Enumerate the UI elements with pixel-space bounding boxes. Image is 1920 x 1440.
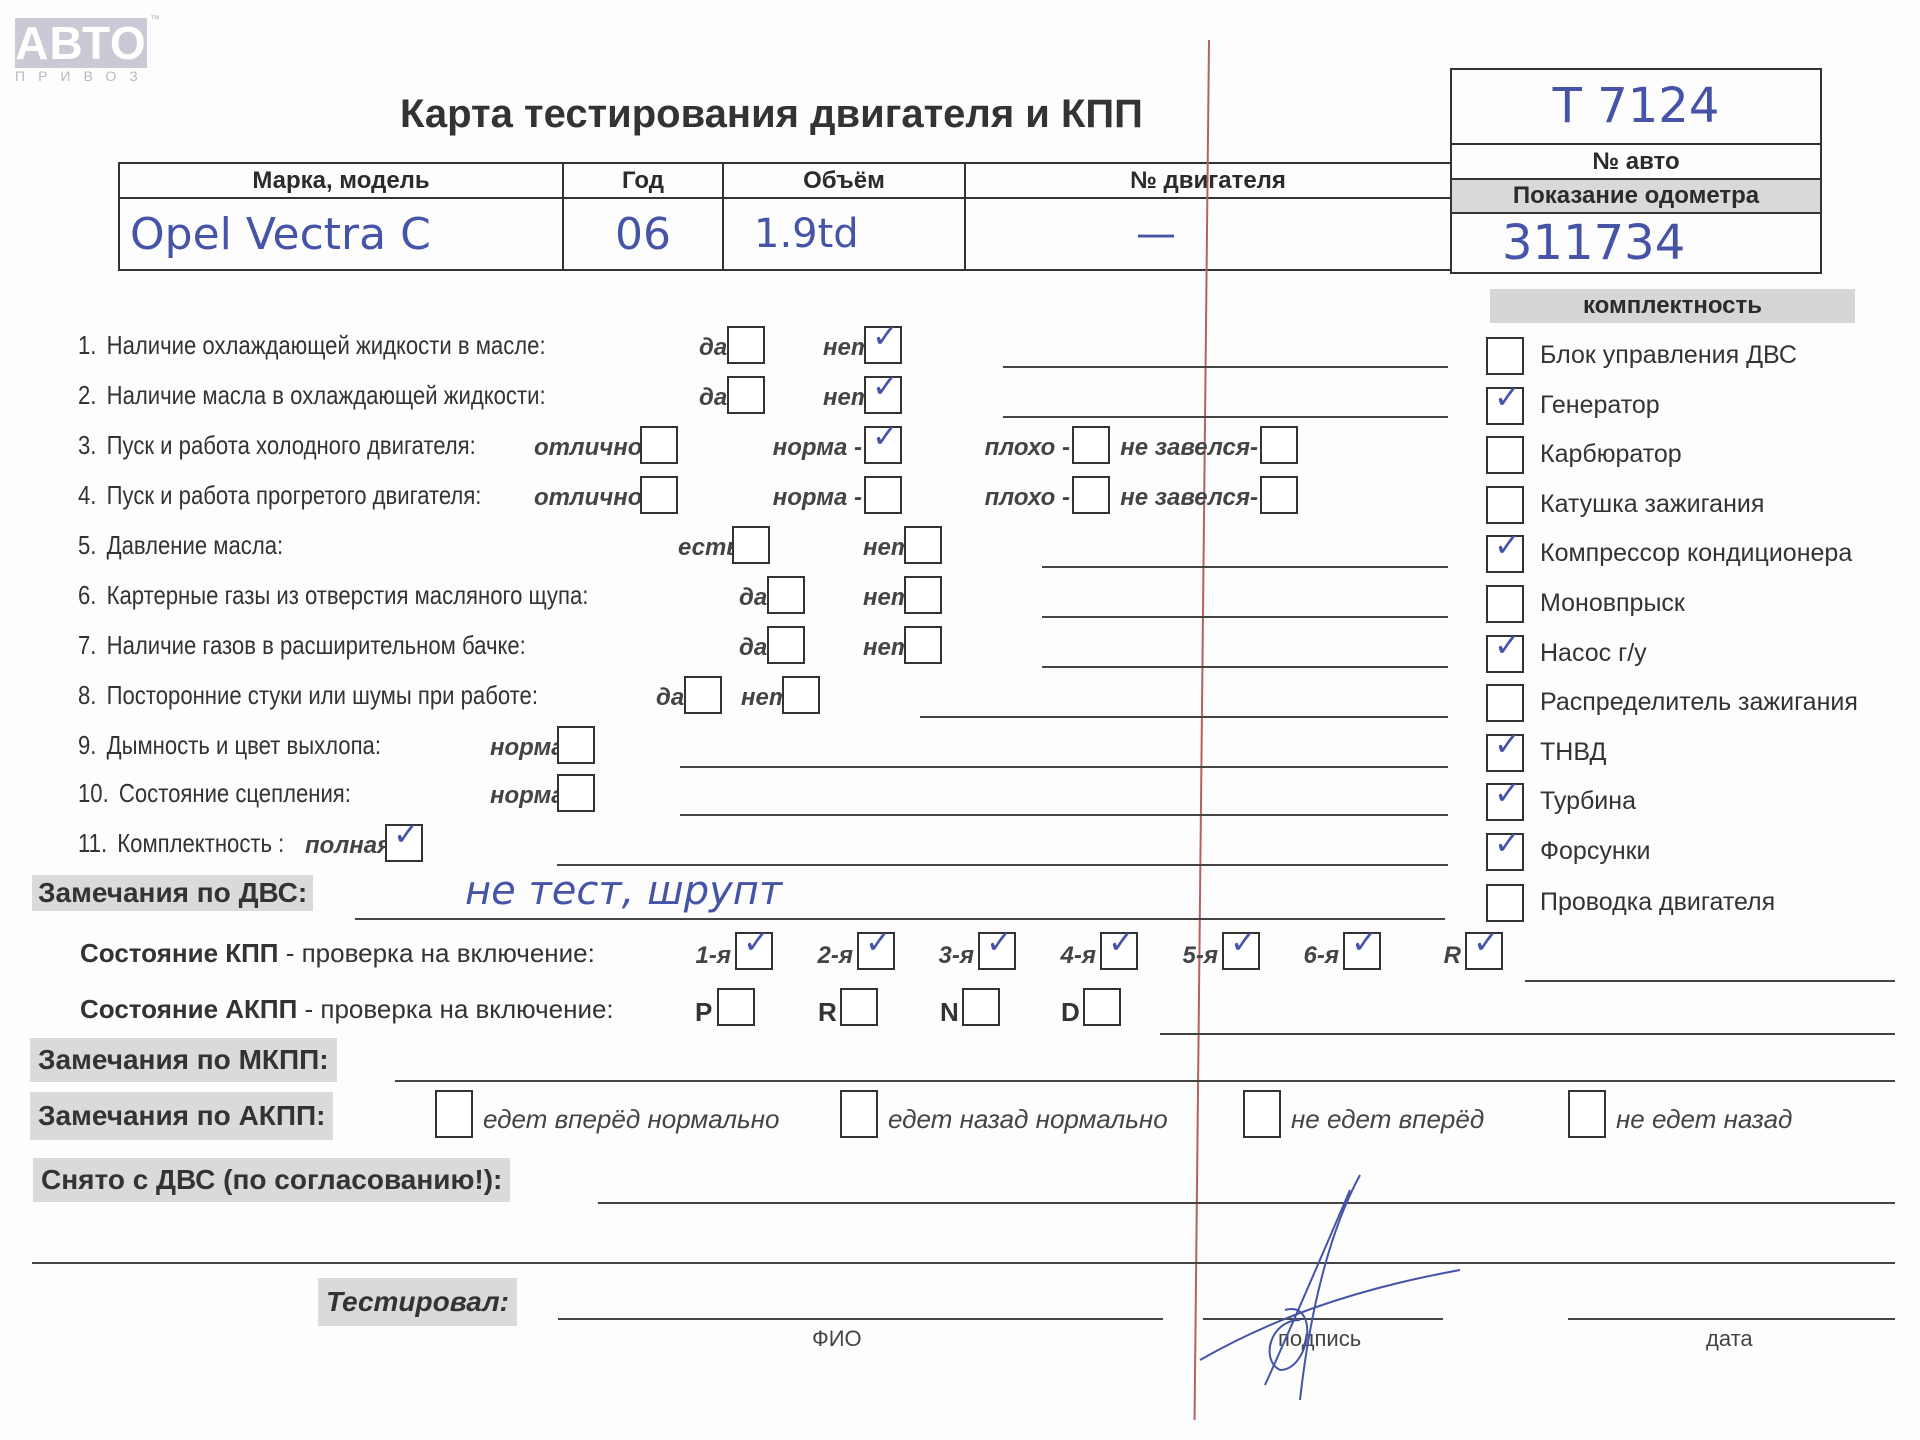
question-1: 1.Наличие охлаждающей жидкости в масле: <box>78 330 546 361</box>
checkbox-q6-2[interactable] <box>904 576 942 614</box>
manual-gearbox-label-bold: Состояние КПП <box>80 938 279 968</box>
option-label: норма <box>490 734 555 762</box>
fio-caption: ФИО <box>812 1326 862 1352</box>
gear-label: 5-я <box>1172 942 1218 970</box>
question-6: 6.Картерные газы из отверстия масляного … <box>78 580 588 611</box>
question-text: Дымность и цвет выхлопа: <box>107 730 381 760</box>
kit-header: комплектность <box>1490 289 1855 323</box>
option-label: не завелся- <box>1115 484 1258 512</box>
option-label: нет <box>863 584 902 612</box>
kit-checkbox-9[interactable]: ✓ <box>1486 734 1524 772</box>
akpp-checkbox-4[interactable] <box>1083 988 1121 1026</box>
akpp-remark-checkbox-3[interactable] <box>1243 1090 1281 1138</box>
checkbox-q8-2[interactable] <box>782 676 820 714</box>
gear-label: 3-я <box>928 942 974 970</box>
kit-item-label: Насос г/у <box>1540 639 1647 668</box>
notes-line[interactable] <box>1003 416 1448 418</box>
check-mark-icon: ✓ <box>1494 381 1521 413</box>
removed-label: Снято с ДВС (по согласованию!): <box>33 1158 510 1202</box>
question-text: Пуск и работа холодного двигателя: <box>107 430 476 460</box>
checkbox-q4-4[interactable] <box>1260 476 1298 514</box>
option-label: да <box>739 584 765 612</box>
akpp-remarks-label: Замечания по АКПП: <box>30 1092 333 1140</box>
kit-item-label: Турбина <box>1540 787 1636 816</box>
gear-label: 6-я <box>1293 942 1339 970</box>
odometer-label: Показание одометра <box>1452 180 1820 214</box>
checkbox-q4-3[interactable] <box>1072 476 1110 514</box>
question-number: 5. <box>78 530 96 560</box>
option-label: нет <box>863 534 902 562</box>
option-label: нет <box>741 684 780 712</box>
akpp-remark-label: не едет назад <box>1616 1104 1792 1135</box>
checkbox-q7-2[interactable] <box>904 626 942 664</box>
notes-line[interactable] <box>1003 366 1448 368</box>
akpp-checkbox-3[interactable] <box>962 988 1000 1026</box>
kit-checkbox-12[interactable] <box>1486 884 1524 922</box>
checkbox-q5-1[interactable] <box>732 526 770 564</box>
check-mark-icon: ✓ <box>865 926 892 958</box>
vehicle-table: Марка, модель Год Объём № двигателя Opel… <box>118 162 1452 271</box>
gear-checkbox-3[interactable]: ✓ <box>978 932 1016 970</box>
question-number: 8. <box>78 680 96 710</box>
gear-checkbox-4[interactable]: ✓ <box>1100 932 1138 970</box>
auto-gearbox-label-rest: - проверка на включение: <box>297 994 613 1024</box>
notes-line[interactable] <box>1042 616 1448 618</box>
question-8: 8.Посторонние стуки или шумы при работе: <box>78 680 538 711</box>
gear-checkbox-1[interactable]: ✓ <box>735 932 773 970</box>
check-mark-icon: ✓ <box>1494 777 1521 809</box>
check-mark-icon: ✓ <box>1351 926 1378 958</box>
logo-tm: ™ <box>150 14 160 25</box>
question-number: 7. <box>78 630 96 660</box>
question-number: 3. <box>78 430 96 460</box>
date-line[interactable] <box>1568 1318 1895 1320</box>
auto-gearbox-label-bold: Состояние АКПП <box>80 994 297 1024</box>
checkbox-q10-1[interactable] <box>557 774 595 812</box>
make-model-value[interactable]: Opel Vectra C <box>119 198 563 270</box>
kit-item-label: Карбюратор <box>1540 440 1682 469</box>
checkbox-q5-2[interactable] <box>904 526 942 564</box>
checkbox-q3-1[interactable] <box>640 426 678 464</box>
signature-icon <box>1190 1170 1470 1410</box>
question-text: Картерные газы из отверстия масляного щу… <box>107 580 589 610</box>
question-number: 2. <box>78 380 96 410</box>
kit-item-label: Моновпрыск <box>1540 589 1685 618</box>
gear-label: 4-я <box>1050 942 1096 970</box>
kit-item-label: Проводка двигателя <box>1540 888 1775 917</box>
auto-gearbox-label: Состояние АКПП - проверка на включение: <box>80 994 614 1025</box>
question-text: Комплектность : <box>117 828 284 858</box>
option-label: да <box>739 634 765 662</box>
logo-subtitle: ПРИВОЗ <box>15 68 151 84</box>
option-label: нет <box>863 634 902 662</box>
kit-item-label: Блок управления ДВС <box>1540 341 1797 370</box>
question-number: 9. <box>78 730 96 760</box>
engine-remarks-value[interactable]: не тест, шрупт <box>465 868 782 914</box>
date-caption: дата <box>1706 1326 1753 1352</box>
checkbox-q2-1[interactable] <box>727 376 765 414</box>
check-mark-icon: ✓ <box>393 818 420 850</box>
question-7: 7.Наличие газов в расширительном бачке: <box>78 630 526 661</box>
kit-item-label: Катушка зажигания <box>1540 490 1764 519</box>
akpp-remark-label: не едет вперёд <box>1291 1104 1484 1135</box>
check-mark-icon: ✓ <box>986 926 1013 958</box>
header-make-model: Марка, модель <box>119 163 563 198</box>
gear-checkbox-5[interactable]: ✓ <box>1222 932 1260 970</box>
question-number: 6. <box>78 580 96 610</box>
fio-line[interactable] <box>558 1318 1163 1320</box>
check-mark-icon: ✓ <box>1494 728 1521 760</box>
checkbox-q8-1[interactable] <box>684 676 722 714</box>
kit-item-label: ТНВД <box>1540 738 1606 767</box>
kit-checkbox-1[interactable] <box>1486 337 1524 375</box>
notes-line[interactable] <box>680 766 1448 768</box>
kit-checkbox-3[interactable] <box>1486 436 1524 474</box>
manual-gearbox-label-rest: - проверка на включение: <box>279 938 595 968</box>
check-mark-icon: ✓ <box>1108 926 1135 958</box>
option-label: отлично- <box>534 434 638 462</box>
question-number: 1. <box>78 330 96 360</box>
akpp-remark-checkbox-4[interactable] <box>1568 1090 1606 1138</box>
check-mark-icon: ✓ <box>872 320 899 352</box>
notes-line[interactable] <box>1042 666 1448 668</box>
kit-checkbox-10[interactable]: ✓ <box>1486 783 1524 821</box>
gear-checkbox-2[interactable]: ✓ <box>857 932 895 970</box>
question-4: 4.Пуск и работа прогретого двигателя: <box>78 480 481 511</box>
notes-line[interactable] <box>1042 566 1448 568</box>
kit-item-label: Форсунки <box>1540 837 1651 866</box>
checkbox-q2-2[interactable]: ✓ <box>864 376 902 414</box>
gear-checkbox-6[interactable]: ✓ <box>1343 932 1381 970</box>
mkpp-remarks-line[interactable] <box>395 1080 1895 1082</box>
checkbox-q1-1[interactable] <box>727 326 765 364</box>
check-mark-icon: ✓ <box>1494 827 1521 859</box>
option-label: норма - <box>771 484 862 512</box>
check-mark-icon: ✓ <box>1473 926 1500 958</box>
kit-checkbox-2[interactable]: ✓ <box>1486 387 1524 425</box>
manual-gearbox-label: Состояние КПП - проверка на включение: <box>80 938 595 969</box>
checkbox-q3-2[interactable]: ✓ <box>864 426 902 464</box>
notes-line[interactable] <box>557 864 1448 866</box>
option-label: нет <box>823 334 862 362</box>
gear-label: 1-я <box>685 942 731 970</box>
checkbox-q6-1[interactable] <box>767 576 805 614</box>
auto-number-value[interactable]: T 7124 <box>1452 70 1820 145</box>
kit-item-label: Распределитель зажигания <box>1540 688 1858 717</box>
header-year: Год <box>563 163 723 198</box>
kit-item-label: Генератор <box>1540 391 1660 420</box>
logo: АВТО <box>15 18 147 68</box>
question-text: Наличие охлаждающей жидкости в масле: <box>107 330 546 360</box>
question-text: Наличие масла в охлаждающей жидкости: <box>107 380 546 410</box>
gear-label: 2-я <box>807 942 853 970</box>
question-number: 4. <box>78 480 96 510</box>
option-label: не завелся- <box>1115 434 1258 462</box>
question-2: 2.Наличие масла в охлаждающей жидкости: <box>78 380 546 411</box>
gear-checkbox-7[interactable]: ✓ <box>1465 932 1503 970</box>
kit-item-label: Компрессор кондиционера <box>1540 539 1852 568</box>
mkpp-remarks-label: Замечания по МКПП: <box>30 1038 337 1082</box>
engine-remarks-label: Замечания по ДВС: <box>32 875 313 911</box>
akpp-position-label: D <box>1061 997 1080 1028</box>
question-text: Давление масла: <box>107 530 284 560</box>
option-label: да <box>699 334 725 362</box>
gear-label: R <box>1415 942 1461 970</box>
checkbox-q7-1[interactable] <box>767 626 805 664</box>
check-mark-icon: ✓ <box>1230 926 1257 958</box>
akpp-position-label: R <box>818 997 837 1028</box>
question-10: 10.Состояние сцепления: <box>78 778 351 809</box>
akpp-position-label: N <box>940 997 959 1028</box>
akpp-checkbox-2[interactable] <box>840 988 878 1026</box>
auto-number-label: № авто <box>1452 145 1820 180</box>
akpp-remark-checkbox-1[interactable] <box>435 1090 473 1138</box>
kit-checkbox-11[interactable]: ✓ <box>1486 833 1524 871</box>
option-label: да <box>656 684 682 712</box>
checkbox-q3-3[interactable] <box>1072 426 1110 464</box>
checkbox-q11-1[interactable]: ✓ <box>385 824 423 862</box>
question-3: 3.Пуск и работа холодного двигателя: <box>78 430 476 461</box>
auto-box: T 7124 № авто Показание одометра 311734 <box>1450 68 1822 274</box>
kit-checkbox-8[interactable] <box>1486 684 1524 722</box>
option-label: норма - <box>771 434 862 462</box>
akpp-line <box>1160 1033 1895 1035</box>
akpp-position-label: P <box>695 997 712 1028</box>
kit-checkbox-4[interactable] <box>1486 486 1524 524</box>
akpp-remark-label: едет вперёд нормально <box>483 1104 779 1135</box>
checkbox-q1-2[interactable]: ✓ <box>864 326 902 364</box>
option-label: да <box>699 384 725 412</box>
year-value[interactable]: 06 <box>563 198 723 270</box>
check-mark-icon: ✓ <box>872 420 899 452</box>
notes-line[interactable] <box>680 814 1448 816</box>
check-mark-icon: ✓ <box>1494 529 1521 561</box>
header-volume: Объём <box>723 163 965 198</box>
question-9: 9.Дымность и цвет выхлопа: <box>78 730 381 761</box>
odometer-value[interactable]: 311734 <box>1452 214 1820 272</box>
option-label: полная <box>305 832 383 860</box>
option-label: есть <box>678 534 730 562</box>
question-text: Состояние сцепления: <box>119 778 351 808</box>
option-label: норма <box>490 782 555 810</box>
question-number: 10. <box>78 778 109 808</box>
checkbox-q9-1[interactable] <box>557 726 595 764</box>
volume-value[interactable]: 1.9td <box>723 198 965 270</box>
akpp-checkbox-1[interactable] <box>717 988 755 1026</box>
question-text: Наличие газов в расширительном бачке: <box>107 630 526 660</box>
option-label: плохо - <box>979 434 1070 462</box>
check-mark-icon: ✓ <box>743 926 770 958</box>
checkbox-q4-2[interactable] <box>864 476 902 514</box>
option-label: нет <box>823 384 862 412</box>
question-text: Пуск и работа прогретого двигателя: <box>107 480 482 510</box>
kit-checkbox-5[interactable]: ✓ <box>1486 535 1524 573</box>
kit-checkbox-7[interactable]: ✓ <box>1486 635 1524 673</box>
removed-line-2[interactable] <box>32 1262 1895 1264</box>
notes-line[interactable] <box>920 716 1448 718</box>
page-title: Карта тестирования двигателя и КПП <box>400 92 1143 137</box>
check-mark-icon: ✓ <box>872 370 899 402</box>
question-text: Посторонние стуки или шумы при работе: <box>107 680 538 710</box>
akpp-remark-checkbox-2[interactable] <box>840 1090 878 1138</box>
engine-remarks-line <box>355 918 1445 920</box>
checkbox-q4-1[interactable] <box>640 476 678 514</box>
question-11: 11.Комплектность : <box>78 828 284 859</box>
gearbox-line <box>1525 980 1895 982</box>
check-mark-icon: ✓ <box>1494 629 1521 661</box>
question-number: 11. <box>78 828 107 858</box>
option-label: отлично- <box>534 484 638 512</box>
kit-checkbox-6[interactable] <box>1486 585 1524 623</box>
option-label: плохо - <box>979 484 1070 512</box>
question-5: 5.Давление масла: <box>78 530 283 561</box>
akpp-remark-label: едет назад нормально <box>888 1104 1168 1135</box>
checkbox-q3-4[interactable] <box>1260 426 1298 464</box>
tested-label: Тестировал: <box>318 1278 517 1326</box>
